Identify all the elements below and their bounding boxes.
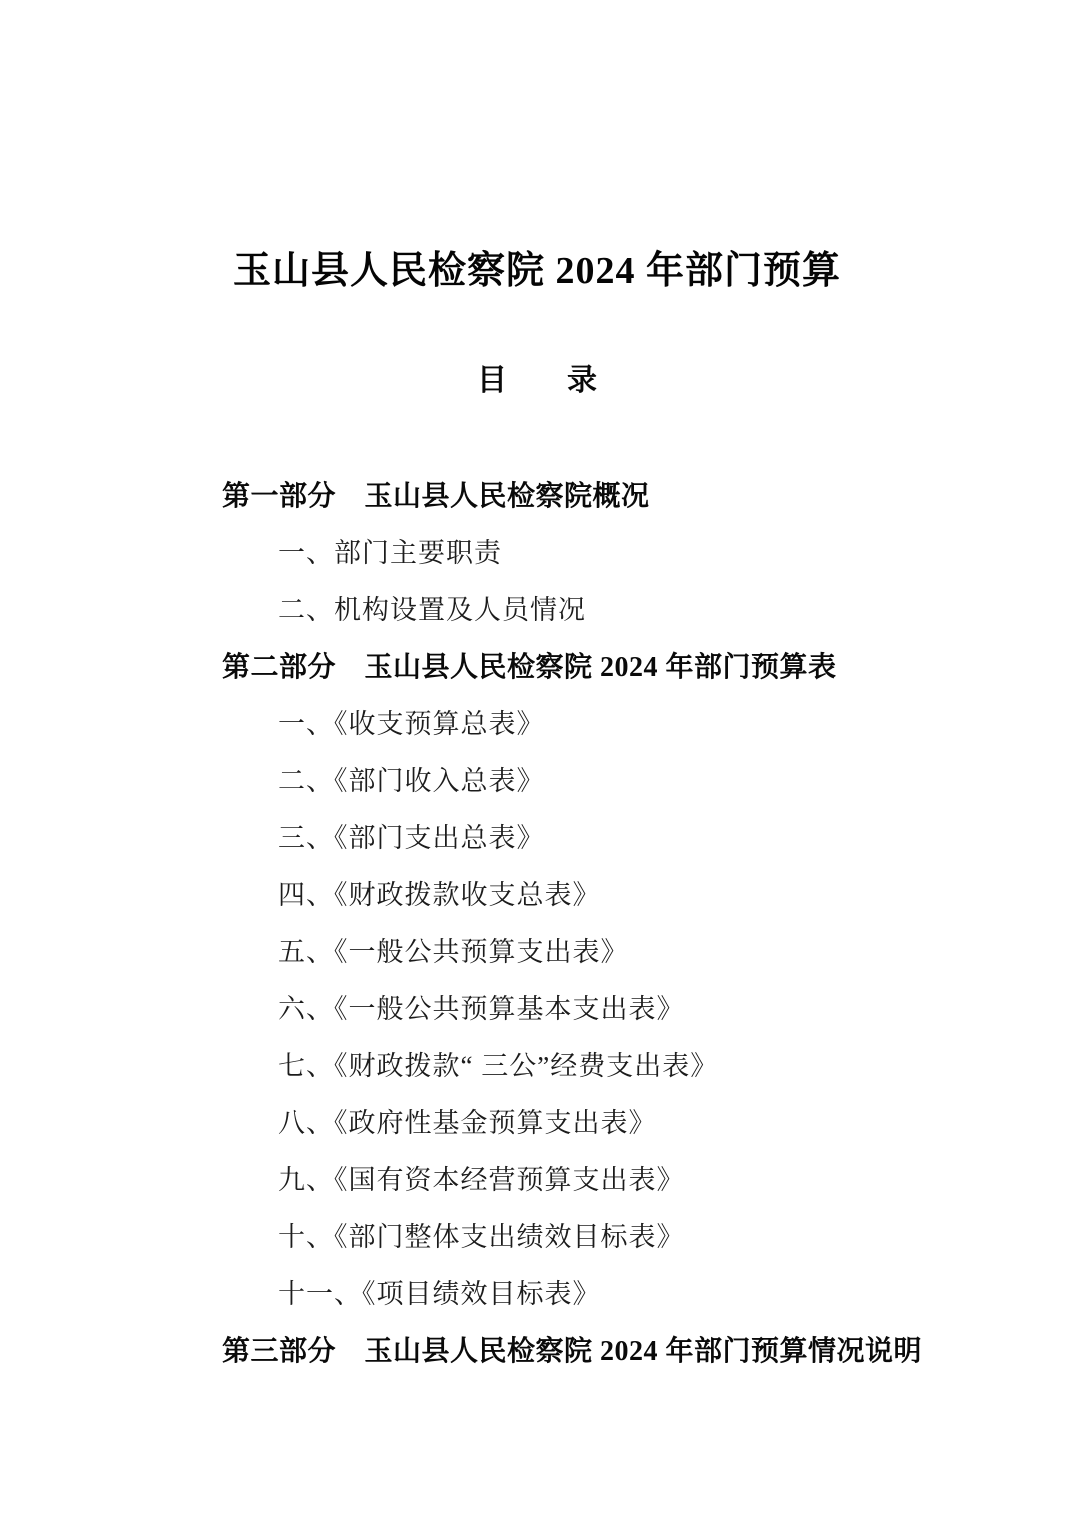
- toc-item: 九、《国有资本经营预算支出表》: [278, 1152, 1074, 1209]
- toc-item: 六、《一般公共预算基本支出表》: [278, 981, 1074, 1038]
- toc-item: 四、《财政拨款收支总表》: [278, 867, 1074, 924]
- toc-item: 八、《政府性基金预算支出表》: [278, 1095, 1074, 1152]
- toc-item: 二、机构设置及人员情况: [278, 582, 1074, 639]
- toc-list: 第一部分 玉山县人民检察院概况一、部门主要职责二、机构设置及人员情况第二部分 玉…: [0, 468, 1074, 1380]
- toc-part-heading: 第二部分 玉山县人民检察院 2024 年部门预算表: [222, 639, 1074, 696]
- toc-heading: 目 录: [0, 360, 1074, 402]
- toc-part-heading: 第三部分 玉山县人民检察院 2024 年部门预算情况说明: [222, 1323, 1074, 1380]
- toc-item: 三、《部门支出总表》: [278, 810, 1074, 867]
- toc-item: 七、《财政拨款“ 三公”经费支出表》: [278, 1038, 1074, 1095]
- toc-item: 一、部门主要职责: [278, 525, 1074, 582]
- toc-item: 一、《收支预算总表》: [278, 696, 1074, 753]
- toc-item: 十一、《项目绩效目标表》: [278, 1266, 1074, 1323]
- toc-part-heading: 第一部分 玉山县人民检察院概况: [222, 468, 1074, 525]
- toc-item: 二、《部门收入总表》: [278, 753, 1074, 810]
- toc-item: 十、《部门整体支出绩效目标表》: [278, 1209, 1074, 1266]
- document-page: 玉山县人民检察院 2024 年部门预算 目 录 第一部分 玉山县人民检察院概况一…: [0, 0, 1074, 1520]
- toc-item: 五、《一般公共预算支出表》: [278, 924, 1074, 981]
- document-title: 玉山县人民检察院 2024 年部门预算: [0, 0, 1074, 296]
